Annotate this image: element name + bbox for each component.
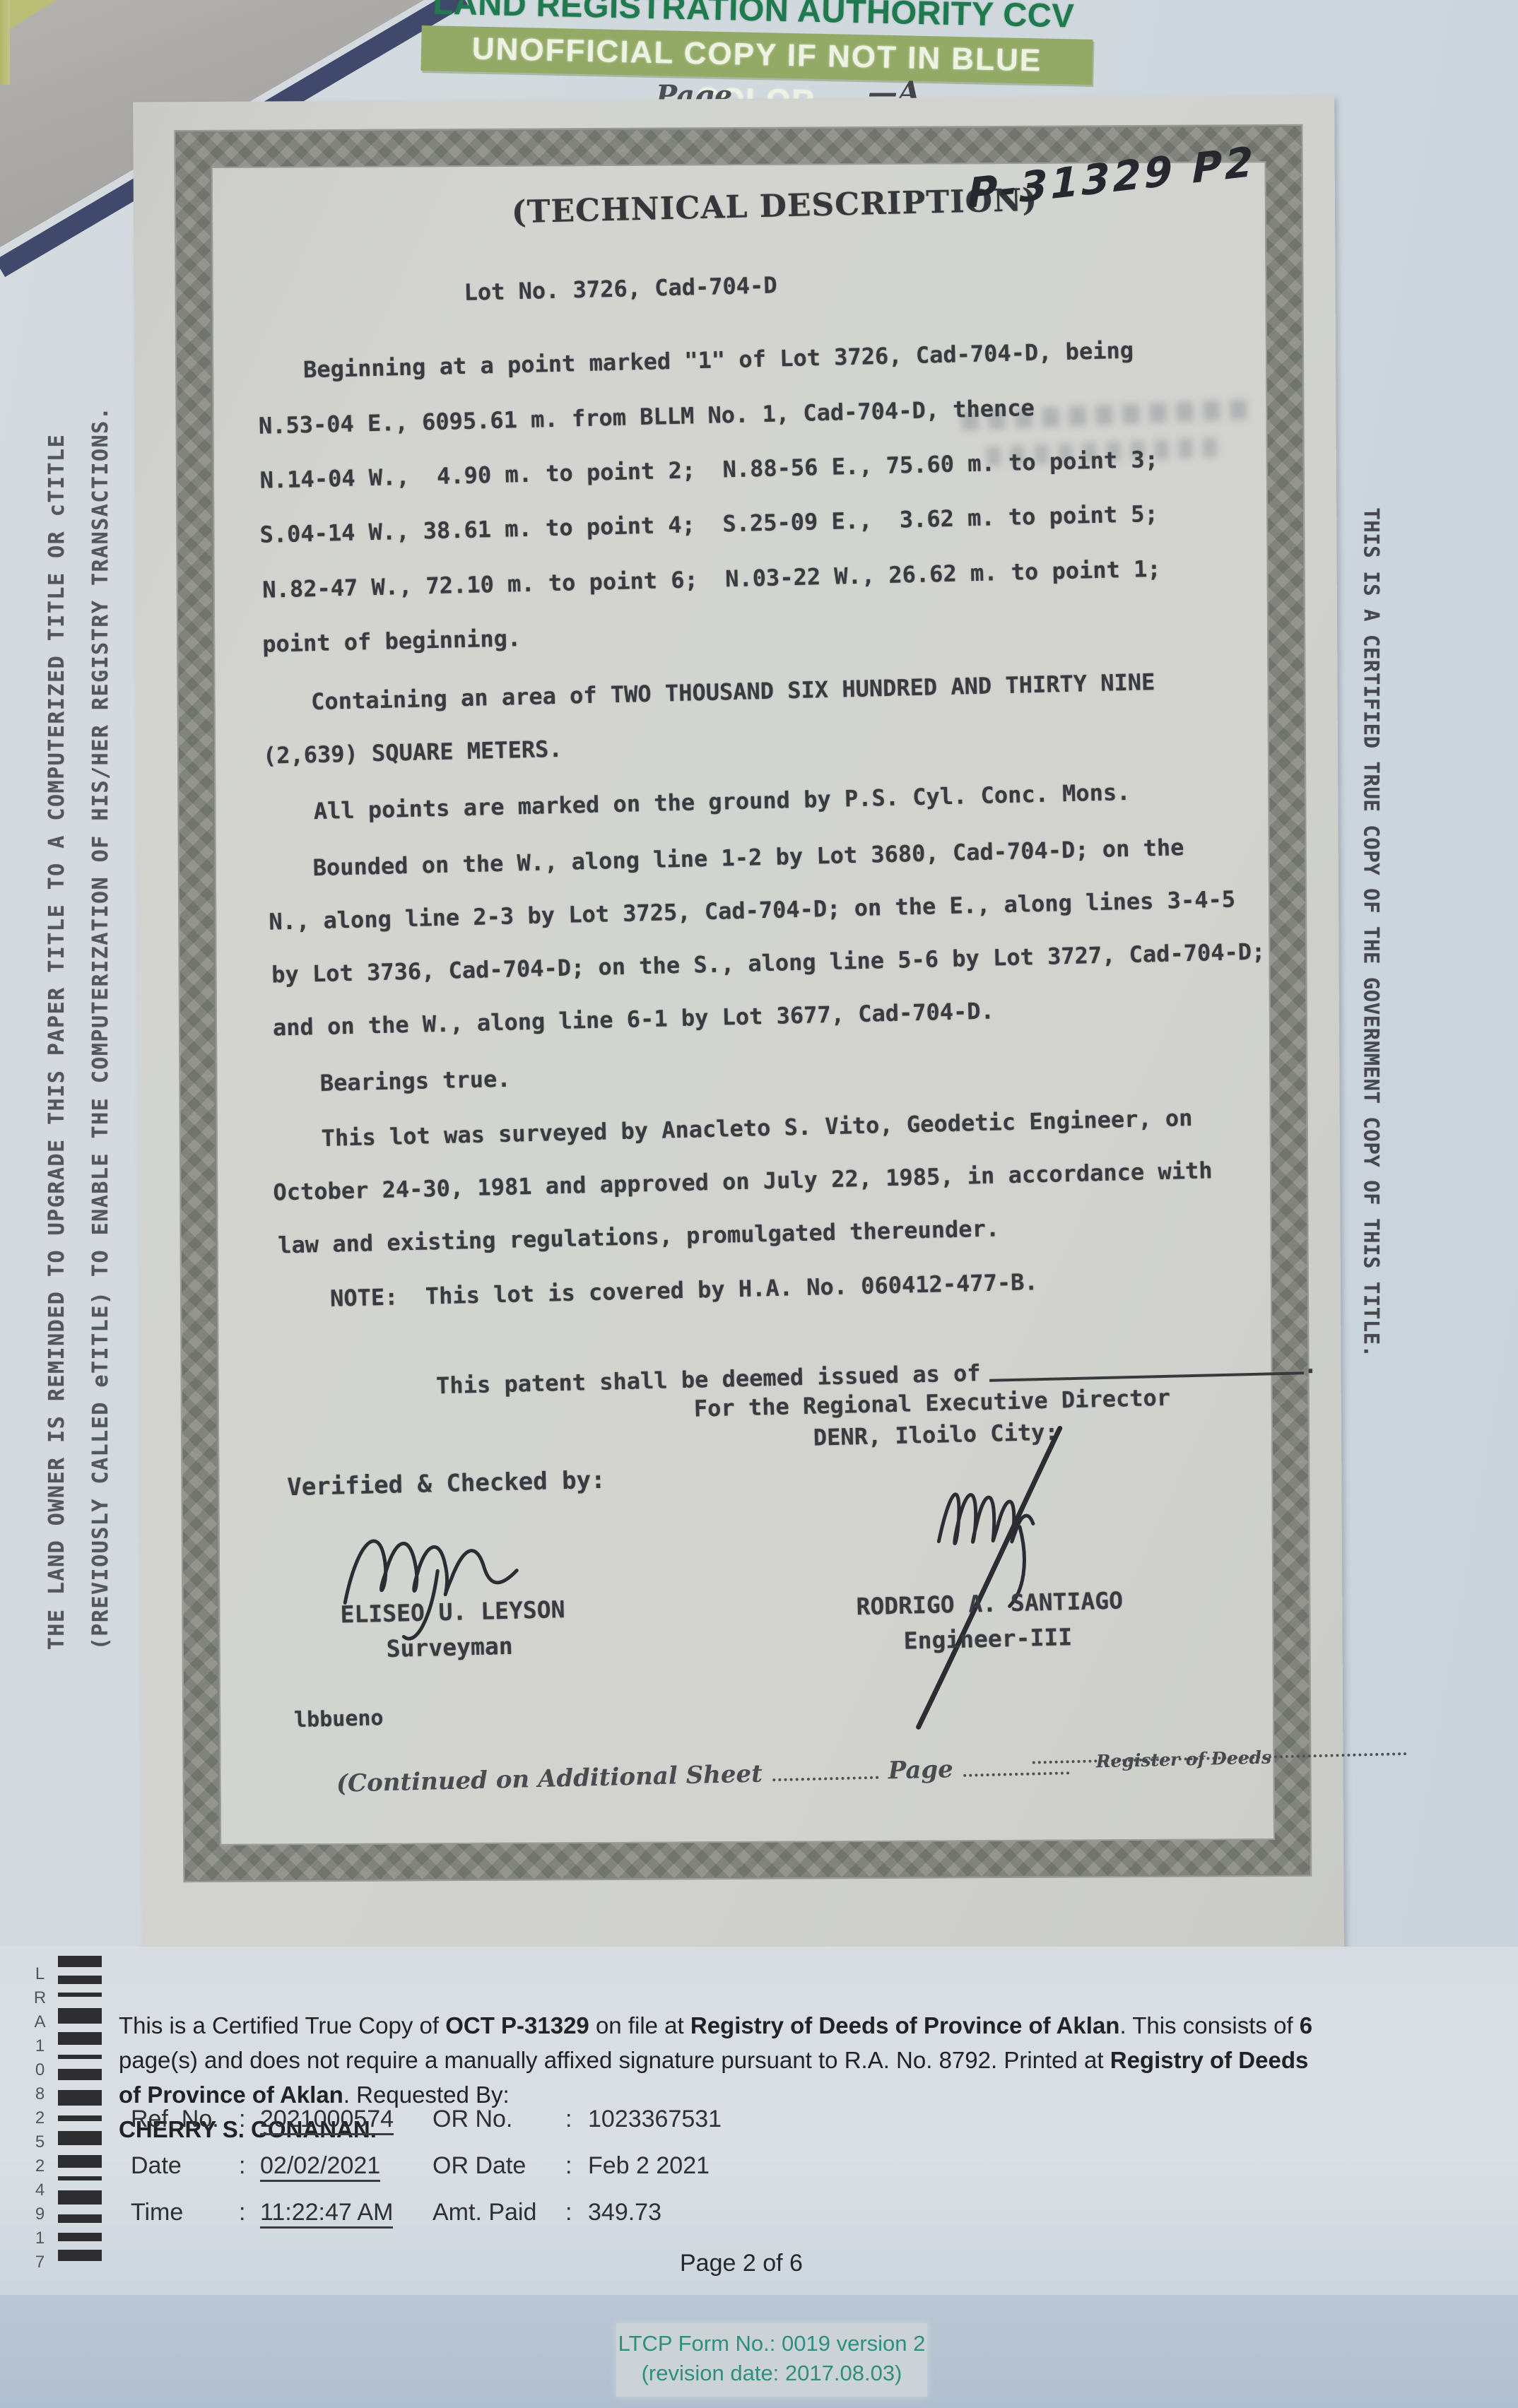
body-line: point of beginning. (262, 625, 522, 658)
continued-sheet-line: (Continued on Additional SheetPage (269, 1729, 1070, 1822)
time-label: Time (131, 2200, 183, 2224)
issued-period: . (1303, 1352, 1317, 1379)
right-margin-certification: THIS IS A CERTIFIED TRUE COPY OF THE GOV… (1361, 507, 1382, 1357)
amt-paid-value: 349.73 (588, 2200, 661, 2224)
initials-note: lbbueno (294, 1706, 384, 1733)
continued-page-label: Page (888, 1755, 953, 1785)
body-line: N.82-47 W., 72.10 m. to point 6; N.03-22… (262, 555, 1161, 603)
cert-text: page(s) and does not require a manually … (119, 2047, 1110, 2073)
body-line: (2,639) SQUARE METERS. (263, 736, 563, 769)
body-line: by Lot 3736, Cad-704-D; on the S., along… (271, 938, 1266, 988)
cert-page-count: 6 (1300, 2012, 1312, 2038)
ref-no-label: Ref. No. (131, 2107, 219, 2131)
body-line: and on the W., along line 6-1 by Lot 367… (273, 997, 995, 1041)
form-number-box: LTCP Form No.: 0019 version 2 (revision … (616, 2323, 927, 2397)
ref-no-value: 2021000574 (260, 2107, 394, 2135)
body-line: N.14-04 W., 4.90 m. to point 2; N.88-56 … (259, 446, 1158, 494)
date-value: 02/02/2021 (260, 2154, 380, 2182)
title-document-paper: (TECHNICAL DESCRIPTION) P-31329 P2 Lot N… (133, 96, 1344, 1954)
page-indicator: Page 2 of 6 (680, 2251, 803, 2275)
signatory-title: Surveyman (386, 1632, 513, 1663)
signatory-title: Engineer-III (903, 1623, 1072, 1655)
body-line: NOTE: This lot is covered by H.A. No. 06… (330, 1268, 1038, 1312)
time-value: 11:22:47 AM (260, 2200, 393, 2229)
or-date-colon: : (565, 2154, 572, 2178)
cert-text: . This consists of (1119, 2012, 1299, 2038)
sheet-dotted-blank (772, 1758, 878, 1782)
form-revision-line: (revision date: 2017.08.03) (616, 2359, 927, 2388)
document-title: (TECHNICAL DESCRIPTION) (511, 185, 1037, 229)
form-number-line: LTCP Form No.: 0019 version 2 (616, 2329, 927, 2359)
amt-paid-colon: : (565, 2200, 572, 2224)
or-date-label: OR Date (433, 2154, 526, 2178)
lot-heading: Lot No. 3726, Cad-704-D (464, 271, 777, 306)
body-line: October 24-30, 1981 and approved on July… (273, 1157, 1213, 1206)
cert-text: This is a Certified True Copy of (119, 2012, 445, 2038)
scanned-title-page: LAND REGISTRATION AUTHORITY CCV FORM UNO… (0, 0, 1518, 2408)
left-margin-line2: (PREVIOUSLY CALLED eTITLE) TO ENABLE THE… (79, 406, 123, 1651)
cert-text: . Requested By: (343, 2082, 510, 2108)
continued-label: (Continued on Additional Sheet (336, 1760, 763, 1798)
signatory-name: ELISEO U. LEYSON (340, 1595, 565, 1629)
body-line: law and existing regulations, promulgate… (278, 1215, 1000, 1258)
body-line: All points are marked on the ground by P… (313, 779, 1131, 825)
date-label: Date (131, 2154, 182, 2178)
body-line: This lot was surveyed by Anacleto S. Vit… (321, 1104, 1193, 1152)
time-colon: : (239, 2200, 245, 2224)
body-line: Bounded on the W., along line 1-2 by Lot… (312, 834, 1184, 881)
or-no-label: OR No. (433, 2107, 512, 2131)
body-line: N., along line 2-3 by Lot 3725, Cad-704-… (269, 885, 1235, 936)
ref-no-colon: : (239, 2107, 245, 2131)
body-line: N.53-04 E., 6095.61 m. from BLLM No. 1, … (259, 394, 1035, 439)
body-line: Beginning at a point marked "1" of Lot 3… (303, 337, 1134, 384)
date-colon: : (239, 2154, 245, 2178)
amt-paid-label: Amt. Paid (433, 2200, 536, 2224)
body-line: Containing an area of TWO THOUSAND SIX H… (311, 668, 1155, 716)
issued-date-blank (989, 1351, 1304, 1382)
cert-oct-number: OCT P-31329 (445, 2012, 589, 2038)
handwritten-annotation: P-31329 P2 (967, 141, 1256, 214)
or-no-value: 1023367531 (588, 2107, 722, 2131)
or-date-value: Feb 2 2021 (588, 2154, 710, 2178)
left-margin-reminder: THE LAND OWNER IS REMINDED TO UPGRADE TH… (35, 406, 123, 1651)
lra-barcode-number: LRA1082524917 (31, 1964, 48, 2275)
or-no-colon: : (565, 2107, 572, 2131)
cert-registry-name: Registry of Deeds of Province of Aklan (690, 2012, 1120, 2038)
body-line: S.04-14 W., 38.61 m. to point 4; S.25-09… (259, 500, 1158, 548)
register-of-deeds-label: Register of Deeds (1096, 1749, 1272, 1771)
body-line: Bearings true. (319, 1066, 511, 1097)
typewritten-content: (TECHNICAL DESCRIPTION) P-31329 P2 Lot N… (117, 85, 1361, 1964)
cert-text: on file at (589, 2012, 690, 2038)
scanbed-edge-top-left (0, 0, 10, 85)
left-margin-line1: THE LAND OWNER IS REMINDED TO UPGRADE TH… (35, 406, 79, 1651)
lra-barcode (58, 1956, 102, 2261)
signature-santiago (806, 1419, 1117, 1737)
